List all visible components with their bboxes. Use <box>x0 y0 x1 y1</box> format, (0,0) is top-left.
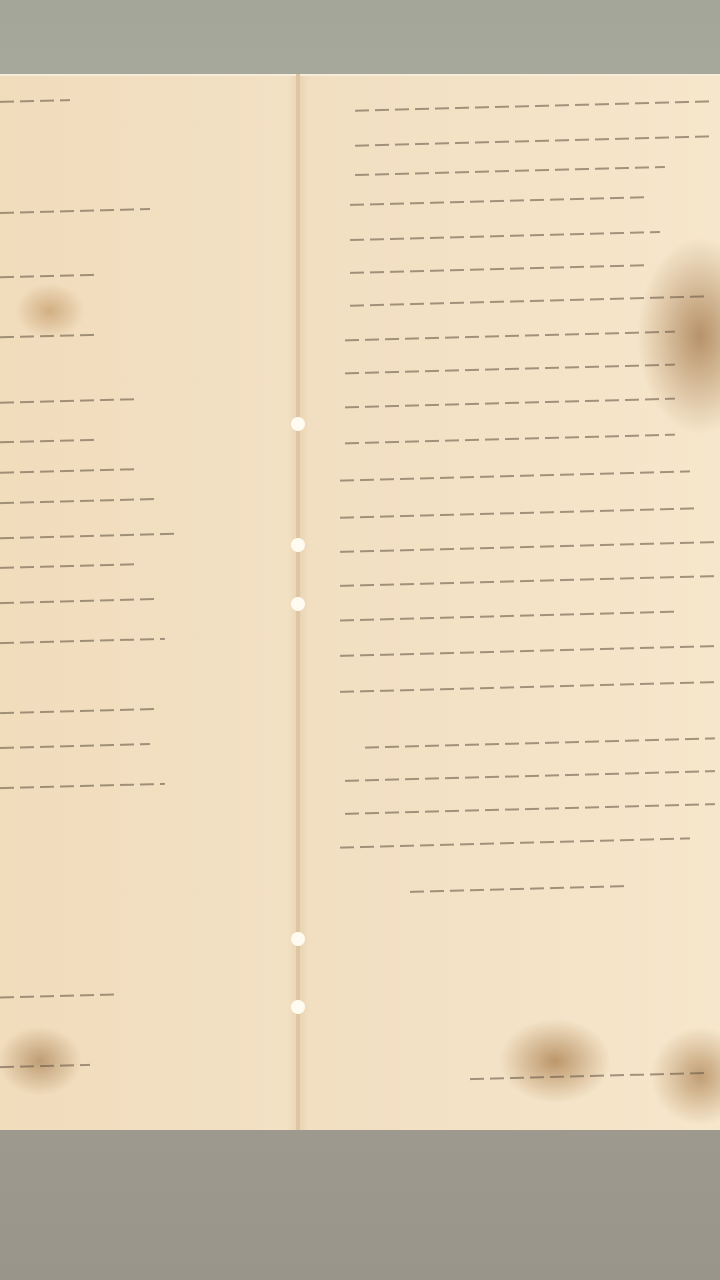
background-bottom <box>0 1130 720 1280</box>
binding-hole <box>291 932 305 946</box>
binding-hole <box>291 597 305 611</box>
binding-hole <box>291 1000 305 1014</box>
binding-hole <box>291 417 305 431</box>
background-top <box>0 0 720 74</box>
binding-hole <box>291 538 305 552</box>
